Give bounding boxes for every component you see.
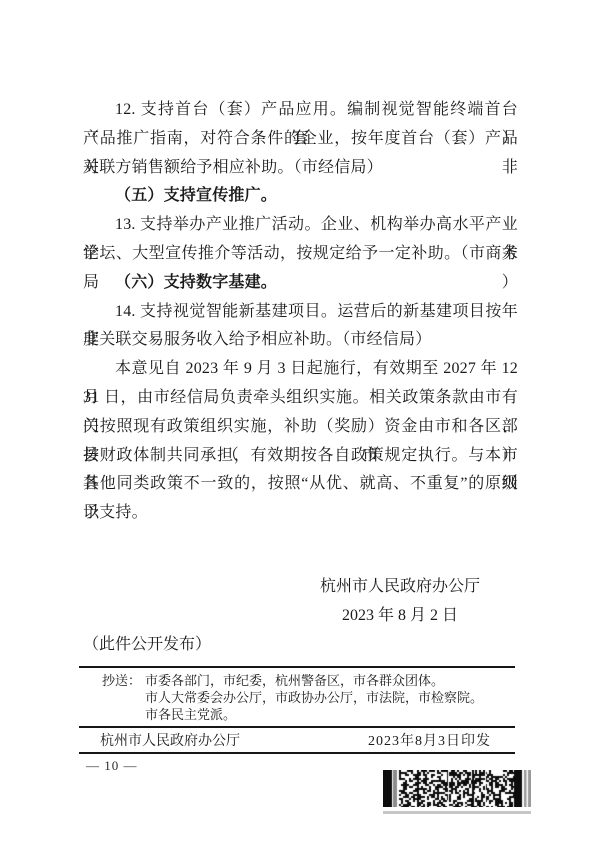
document-body: 12. 支持首台（套）产品应用。编制视觉智能终端首台（套） 产品推广指南，对符合… xyxy=(0,0,600,528)
cc-section: 抄送： 市委各部门，市纪委，杭州警备区，市各群众团体。 市人大常委会办公厅，市政… xyxy=(79,668,515,723)
signature-date: 2023 年 8 月 2 日 xyxy=(320,602,480,631)
page-number: — 10 — xyxy=(86,758,138,774)
barcode-icon xyxy=(383,770,531,807)
footer-rule-bottom xyxy=(79,752,515,754)
body-line: 论坛、大型宣传推介等活动，按规定给予一定补助。（市商务局） xyxy=(83,240,518,269)
body-line: 12. 支持首台（套）产品应用。编制视觉智能终端首台（套） xyxy=(83,96,518,125)
footer-issuer: 杭州市人民政府办公厅 xyxy=(100,730,240,750)
body-line: 以支持。 xyxy=(83,499,518,528)
signature-issuer: 杭州市人民政府办公厅 xyxy=(320,573,480,602)
body-line: 产品推广指南，对符合条件的企业，按年度首台（套）产品对非 xyxy=(83,125,518,154)
body-line: 14. 支持视觉智能新基建项目。运营后的新基建项目按年度 xyxy=(83,298,518,327)
body-line: 门按照现有政策组织实施，补助（奖励）资金由市和各区、县（市） xyxy=(83,413,518,442)
cc-label: 抄送： xyxy=(102,672,141,723)
body-line: 13. 支持举办产业推广活动。企业、机构举办高水平产业学术 xyxy=(83,211,518,240)
cc-line: 市各民主党派。 xyxy=(145,706,483,723)
section-heading: （五）支持宣传推广。 xyxy=(83,182,518,211)
cc-line: 市委各部门，市纪委，杭州警备区，市各群众团体。 xyxy=(145,672,483,689)
print-barcode xyxy=(383,770,531,814)
cc-line: 市人大常委会办公厅，市政协办公厅，市法院，市检察院。 xyxy=(145,689,483,706)
body-line: 其他同类政策不一致的，按照“从优、就高、不重复”的原则予 xyxy=(83,470,518,499)
body-line: 非关联交易服务收入给予相应补助。（市经信局） xyxy=(83,326,518,355)
signature-block: 杭州市人民政府办公厅 2023 年 8 月 2 日 xyxy=(0,573,600,631)
barcode-shadow-strip xyxy=(383,811,531,814)
document-page: 12. 支持首台（套）产品应用。编制视觉智能终端首台（套） 产品推广指南，对符合… xyxy=(0,0,600,848)
body-line: 按财政体制共同承担，有效期按各自政策规定执行。与本市各级 xyxy=(83,442,518,471)
body-line: 本意见自 2023 年 9 月 3 日起施行，有效期至 2027 年 12 月 xyxy=(83,355,518,384)
print-date: 2023年8月3日印发 xyxy=(368,730,491,750)
document-footer: 抄送： 市委各部门，市纪委，杭州警备区，市各群众团体。 市人大常委会办公厅，市政… xyxy=(79,666,515,754)
body-line: 31 日，由市经信局负责牵头组织实施。相关政策条款由市有关部 xyxy=(83,384,518,413)
publish-note: （此件公开发布） xyxy=(83,631,600,660)
issuer-row: 杭州市人民政府办公厅 2023年8月3日印发 xyxy=(79,728,515,752)
